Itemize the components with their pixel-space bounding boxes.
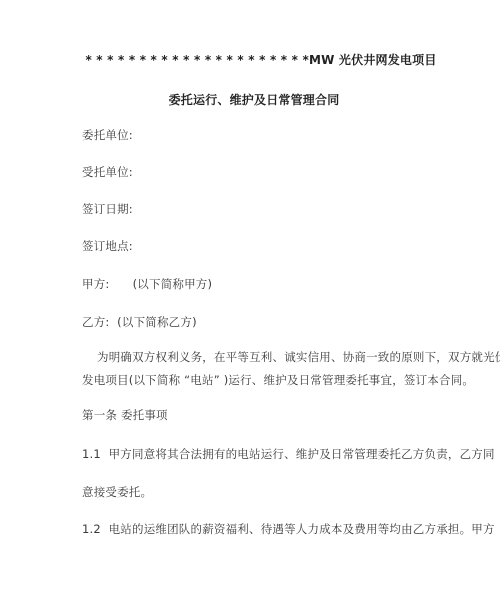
clause-1-1-line-1: 1.1 甲方同意将其合法拥有的电站运行、维护及日常管理委托乙方负责，乙方同 bbox=[82, 446, 495, 462]
field-entrusted-party: 受托单位: bbox=[82, 164, 133, 180]
party-b: 乙方: (以下简称乙方) bbox=[82, 314, 197, 330]
preamble-line-1: 为明确双方权利义务，在平等互利、诚实信用、协商一致的原则下，双方就光伏井网 bbox=[97, 349, 500, 365]
party-a: 甲方: (以下简称甲方) bbox=[82, 276, 212, 292]
field-entrusting-party: 委托单位: bbox=[82, 127, 133, 143]
preamble-line-2: 发电项目(以下简称 “电站” )运行、维护及日常管理委托事宜，签订本合同。 bbox=[82, 372, 474, 388]
clause-1-1-line-2: 意接受委托。 bbox=[82, 484, 152, 500]
field-signing-date: 签订日期: bbox=[82, 201, 133, 217]
article-1-heading: 第一条 委托事项 bbox=[82, 407, 168, 423]
field-signing-location: 签订地点: bbox=[82, 238, 133, 254]
clause-1-2-line-1: 1.2 电站的运维团队的薪资福利、待遇等人力成本及费用等均由乙方承担。甲方 bbox=[82, 521, 495, 537]
contract-title: 委托运行、维护及日常管理合同 bbox=[0, 91, 500, 108]
project-header: * * * * * * * * * * * * * * * * * * * * … bbox=[0, 51, 500, 68]
document-page: * * * * * * * * * * * * * * * * * * * * … bbox=[0, 0, 500, 594]
